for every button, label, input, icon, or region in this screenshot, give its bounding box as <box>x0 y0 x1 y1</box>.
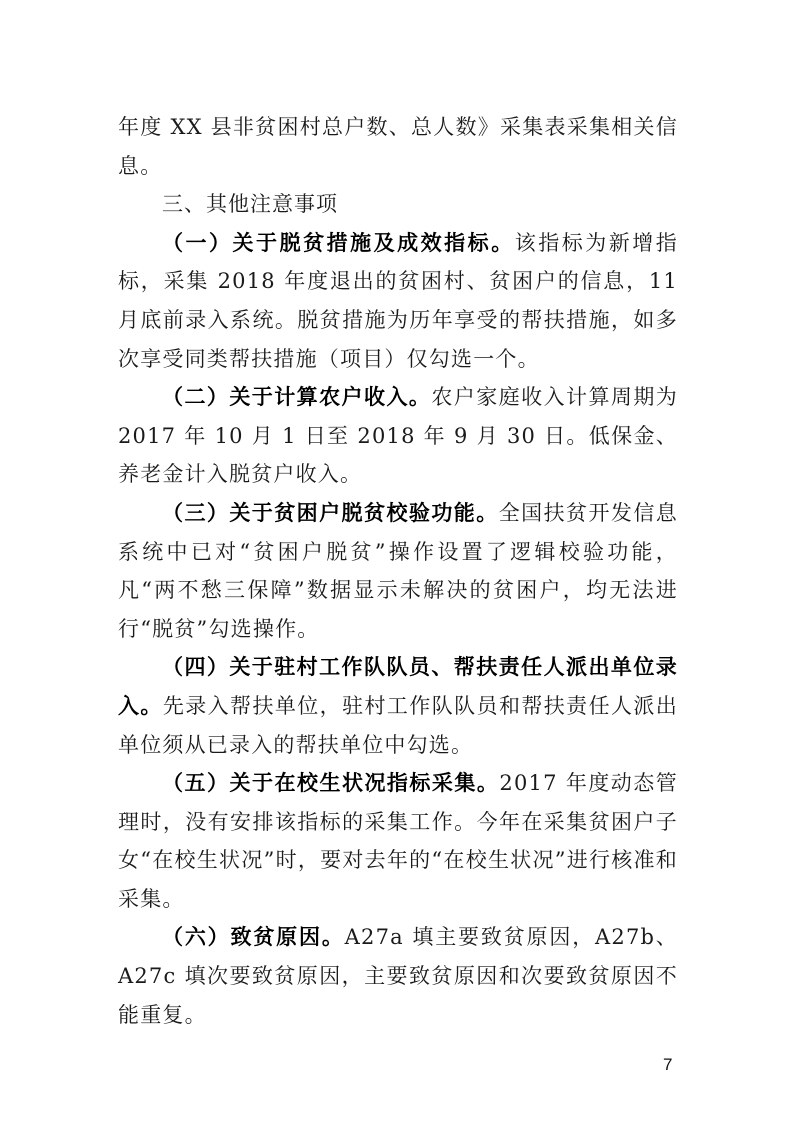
section-heading-other-notes: 三、其他注意事项 <box>118 185 678 224</box>
item-text: 先录入帮扶单位，驻村工作队队员和帮扶责任人派出单位须从已录入的帮扶单位中勾选。 <box>118 694 678 757</box>
item-lead: （六）致贫原因。 <box>162 924 345 949</box>
item-lead: （二）关于计算农户收入。 <box>162 384 431 409</box>
item-poverty-measures: （一）关于脱贫措施及成效指标。该指标为新增指标，采集 2018 年度退出的贫困村… <box>118 224 678 378</box>
item-verification-function: （三）关于贫困户脱贫校验功能。全国扶贫开发信息系统中已对“贫困户脱贫”操作设置了… <box>118 494 678 648</box>
paragraph-continuation: 年度 XX 县非贫困村总户数、总人数》采集表采集相关信息。 <box>118 108 678 185</box>
document-page: 年度 XX 县非贫困村总户数、总人数》采集表采集相关信息。 三、其他注意事项 （… <box>118 108 678 1034</box>
item-lead: （一）关于脱贫措施及成效指标。 <box>162 230 515 255</box>
item-lead: （五）关于在校生状况指标采集。 <box>162 770 499 795</box>
item-household-income: （二）关于计算农户收入。农户家庭收入计算周期为 2017 年 10 月 1 日至… <box>118 378 678 494</box>
item-student-status: （五）关于在校生状况指标采集。2017 年度动态管理时，没有安排该指标的采集工作… <box>118 764 678 918</box>
item-lead: （三）关于贫困户脱贫校验功能。 <box>162 500 499 525</box>
paragraph-text: 年度 XX 县非贫困村总户数、总人数》采集表采集相关信息。 <box>118 115 678 178</box>
section-heading-text: 三、其他注意事项 <box>162 192 338 216</box>
item-dispatch-unit-entry: （四）关于驻村工作队队员、帮扶责任人派出单位录入。先录入帮扶单位，驻村工作队队员… <box>118 648 678 764</box>
item-poverty-causes: （六）致贫原因。A27a 填主要致贫原因，A27b、A27c 填次要致贫原因，主… <box>118 918 678 1034</box>
page-number: 7 <box>663 1055 672 1075</box>
